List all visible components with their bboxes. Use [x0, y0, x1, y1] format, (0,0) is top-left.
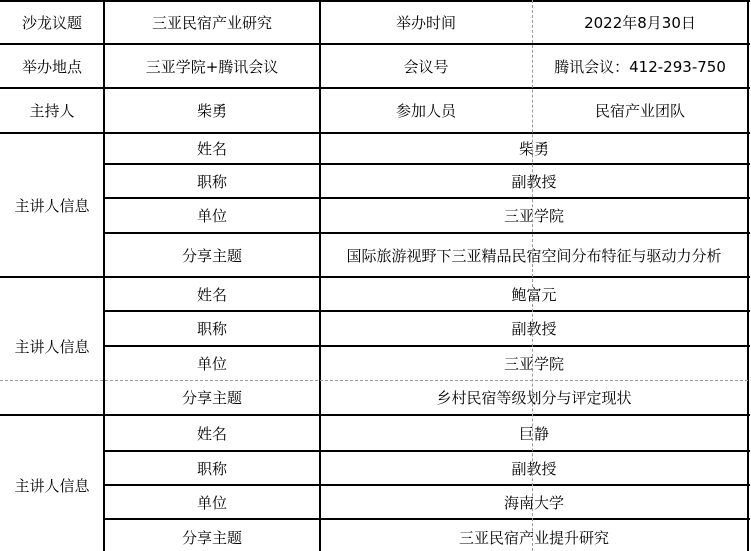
- grid-line: [104, 450, 750, 452]
- speaker-3-title-value: 副教授: [320, 451, 748, 485]
- speaker-1-name-label: 姓名: [104, 133, 320, 164]
- speaker-2-name-value: 鲍富元: [320, 277, 748, 311]
- grid-line: [319, 0, 321, 551]
- speaker-2-org-value: 三亚学院: [320, 346, 748, 380]
- cell-venue-label: 举办地点: [0, 44, 104, 88]
- grid-line: [0, 276, 750, 278]
- speaker-2-org-label: 单位: [104, 346, 320, 380]
- salon-info-table: 沙龙议题 三亚民宿产业研究 举办时间 2022年8月30日 举办地点 三亚学院+…: [0, 0, 751, 551]
- speaker-3-title-label: 职称: [104, 451, 320, 485]
- speaker-3-name-value: 巨静: [320, 415, 748, 451]
- cell-host-value: 柴勇: [104, 88, 320, 133]
- cell-attendees-value: 民宿产业团队: [532, 88, 748, 133]
- cell-time-value: 2022年8月30日: [532, 0, 748, 44]
- grid-line: [104, 232, 750, 234]
- cell-attendees-label: 参加人员: [320, 88, 532, 133]
- speaker-3-group-label: 主讲人信息: [0, 415, 104, 551]
- speaker-2-title-label: 职称: [104, 311, 320, 346]
- speaker-3-topic-value: 三亚民宿产业提升研究: [320, 519, 748, 551]
- grid-line: [104, 163, 750, 165]
- cell-time-label: 举办时间: [320, 0, 532, 44]
- speaker-3-topic-label: 分享主题: [104, 519, 320, 551]
- cell-meeting-id-value: 腾讯会议：412-293-750: [532, 44, 748, 88]
- speaker-1-title-label: 职称: [104, 164, 320, 198]
- cell-topic-label: 沙龙议题: [0, 0, 104, 44]
- speaker-1-topic-label: 分享主题: [104, 233, 320, 277]
- speaker-2-group-label: 主讲人信息: [0, 277, 104, 415]
- cell-venue-value: 三亚学院+腾讯会议: [104, 44, 320, 88]
- speaker-2-topic-label: 分享主题: [104, 380, 320, 415]
- speaker-1-name-value: 柴勇: [320, 133, 748, 164]
- grid-line: [0, 414, 750, 416]
- page-break-vertical: [532, 0, 533, 551]
- page-break-horizontal: [0, 380, 748, 381]
- grid-line: [0, 87, 750, 89]
- speaker-1-org-value: 三亚学院: [320, 198, 748, 233]
- grid-line: [103, 0, 105, 551]
- speaker-1-org-label: 单位: [104, 198, 320, 233]
- speaker-2-name-label: 姓名: [104, 277, 320, 311]
- speaker-2-topic-value: 乡村民宿等级划分与评定现状: [320, 380, 748, 415]
- grid-line: [104, 345, 750, 347]
- speaker-1-group-label: 主讲人信息: [0, 133, 104, 277]
- grid-line: [104, 484, 750, 486]
- grid-line: [104, 197, 750, 199]
- speaker-3-name-label: 姓名: [104, 415, 320, 451]
- speaker-3-org-label: 单位: [104, 485, 320, 519]
- grid-line: [104, 310, 750, 312]
- speaker-1-topic-value: 国际旅游视野下三亚精品民宿空间分布特征与驱动力分析: [320, 233, 748, 277]
- speaker-2-title-value: 副教授: [320, 311, 748, 346]
- cell-host-label: 主持人: [0, 88, 104, 133]
- grid-line: [747, 0, 749, 551]
- grid-line: [104, 518, 750, 520]
- grid-line: [0, 132, 750, 134]
- grid-line: [0, 43, 750, 45]
- cell-topic-value: 三亚民宿产业研究: [104, 0, 320, 44]
- cell-meeting-id-label: 会议号: [320, 44, 532, 88]
- speaker-1-title-value: 副教授: [320, 164, 748, 198]
- speaker-3-org-value: 海南大学: [320, 485, 748, 519]
- grid-line: [0, 0, 750, 2]
